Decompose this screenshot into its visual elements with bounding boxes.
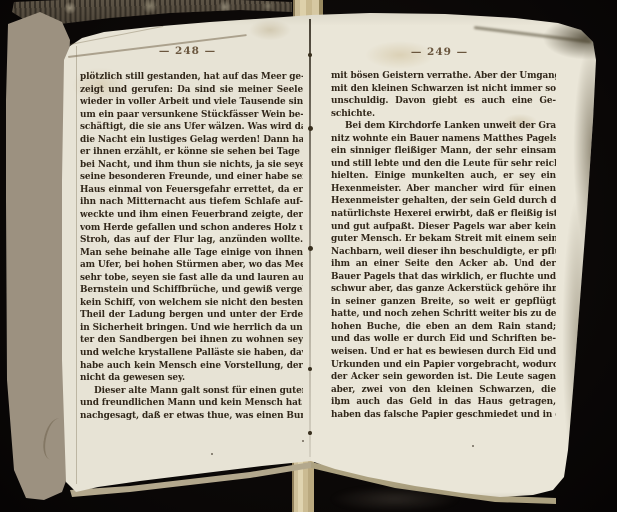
book-gutter-crease	[309, 19, 311, 457]
text-line: ihn nach Mitternacht aus tiefem Schlafe …	[80, 196, 303, 209]
text-line: Hexenmeister. Aber mancher wird für eine…	[331, 183, 556, 196]
text-line: nicht da gewesen sey.	[80, 372, 303, 385]
text-line: natürlichste Hexerei erwirbt, daß er fle…	[331, 208, 556, 221]
text-line: habe auch kein Mensch eine Vorstellung, …	[80, 360, 303, 373]
text-line: um ein paar versunkene Stückfässer Wein …	[80, 109, 303, 122]
text-line: mit den kleinen Schwarzen ist nicht imme…	[331, 83, 556, 96]
page-number-header-right: — 249 —	[372, 45, 507, 59]
text-line: Theil der Ladung bergen und unter der Er…	[80, 309, 303, 322]
text-line: Haus einmal von Feuersgefahr errettet, d…	[80, 184, 303, 197]
text-line: schichte.	[331, 108, 556, 121]
text-line: und gut aufpaßt. Dieser Pagels war aber …	[331, 221, 556, 234]
text-line: in seiner ganzen Breite, so weit er gepf…	[331, 296, 556, 309]
paper-speck	[472, 445, 474, 447]
text-line: ein sinniger fleißiger Mann, der sehr ei…	[331, 145, 556, 158]
paper-speck	[211, 453, 213, 455]
page-number-header-left: — 248 —	[120, 44, 255, 58]
stitch-hole	[308, 126, 313, 131]
text-line: schäftigt, die sie ans Ufer wälzen. Was …	[80, 121, 303, 134]
text-line: bei Nacht, und ihm thun sie nichts, ja s…	[80, 159, 303, 172]
text-line: Hexenmeister gehalten, der sein Geld dur…	[331, 195, 556, 208]
text-line: der Acker sein geworden ist. Die Leute s…	[331, 371, 556, 384]
text-line: hohen Buche, die eben an dem Rain stand;	[331, 321, 556, 334]
text-line: kein Schiff, von welchem sie nicht den b…	[80, 297, 303, 310]
text-line: Bernstein und Schiffbrüche, und gewiß ve…	[80, 284, 303, 297]
text-line: nachgesagt, daß er etwas thue, was einen…	[80, 410, 303, 423]
paper-speck	[302, 440, 304, 442]
text-line: in Sicherheit bringen. Und wie herrlich …	[80, 322, 303, 335]
stitch-hole	[308, 53, 312, 57]
text-line: und still lebte und den die Leute für se…	[331, 158, 556, 171]
stitch-hole	[308, 367, 312, 371]
text-line: und welche krystallene Palläste sie habe…	[80, 347, 303, 360]
text-line: nitz wohnte ein Bauer namens Matthes Pag…	[331, 133, 556, 146]
right-page-text: mit bösen Geistern verrathe. Aber der Um…	[331, 70, 556, 421]
text-line: Bei dem Kirchdorfe Lanken unweit der Gra…	[331, 120, 556, 133]
text-line: haben das falsche Papier geschmiedet und…	[331, 409, 556, 422]
text-line: hielten. Einige munkelten auch, er sey e…	[331, 170, 556, 183]
text-line: Stroh, das auf der Flur lag, anzünden wo…	[80, 234, 303, 247]
text-line: guter Mensch. Er bekam Streit mit einem …	[331, 233, 556, 246]
text-line: und freundlichen Mann und kein Mensch ha…	[80, 397, 303, 410]
text-line: wieder in voller Arbeit und viele Tausen…	[80, 96, 303, 109]
book-scan-photo: — 248 — — 249 — plötzlich still gestande…	[0, 0, 617, 512]
left-page-text: plötzlich still gestanden, hat auf das M…	[80, 71, 303, 422]
text-line: Nachbarn, weil dieser ihn beschuldigte, …	[331, 246, 556, 259]
text-line: ihm auch das Geld in das Haus getragen,	[331, 396, 556, 409]
text-line: sehr tobe, seyen sie fast alle da und la…	[80, 272, 303, 285]
text-line: Urkunden und ein Papier vorgebracht, wod…	[331, 359, 556, 372]
text-line: schwur aber, das ganze Ackerstück gehöre…	[331, 283, 556, 296]
text-line: weckte und ihm einen Feuerbrand zeigte, …	[80, 209, 303, 222]
text-line: am Ufer, bei hohen Stürmen aber, wo das …	[80, 259, 303, 272]
text-line: ihm an einer Seite den Acker ab. Und der	[331, 258, 556, 271]
stitch-hole	[308, 246, 313, 251]
stitch-hole	[308, 431, 312, 435]
text-line: aber, zwei von den kleinen Schwarzen, di…	[331, 384, 556, 397]
text-line: unschuldig. Davon giebt es auch eine Ge-	[331, 95, 556, 108]
text-line: er ihnen erzählt, er könne sie sehen bei…	[80, 146, 303, 159]
bottom-shadow	[330, 486, 460, 512]
text-line: weisen. Und er hat es bewiesen durch Eid…	[331, 346, 556, 359]
under-page-edge-line	[76, 46, 77, 484]
text-line: seine besonderen Freunde, und einer habe…	[80, 171, 303, 184]
text-line: die Nacht ein lustiges Gelag werden! Dan…	[80, 134, 303, 147]
text-line: hatte, und noch zehen Schritt weiter bis…	[331, 308, 556, 321]
text-line: zeigt und gerufen: Da sind sie meiner Se…	[80, 84, 303, 97]
text-line: und das wolle er durch Eid und Schriften…	[331, 333, 556, 346]
text-line: Man sehe beinahe alle Tage einige von ih…	[80, 247, 303, 260]
text-line: Bauer Pagels that das wirklich, er fluch…	[331, 271, 556, 284]
text-line: Dieser alte Mann galt sonst für einen gu…	[80, 385, 303, 398]
text-line: vom Herde gefallen und schon anderes Hol…	[80, 222, 303, 235]
text-line: plötzlich still gestanden, hat auf das M…	[80, 71, 303, 84]
text-line: mit bösen Geistern verrathe. Aber der Um…	[331, 70, 556, 83]
text-line: ter den Sandbergen bei ihnen zu wohnen s…	[80, 334, 303, 347]
